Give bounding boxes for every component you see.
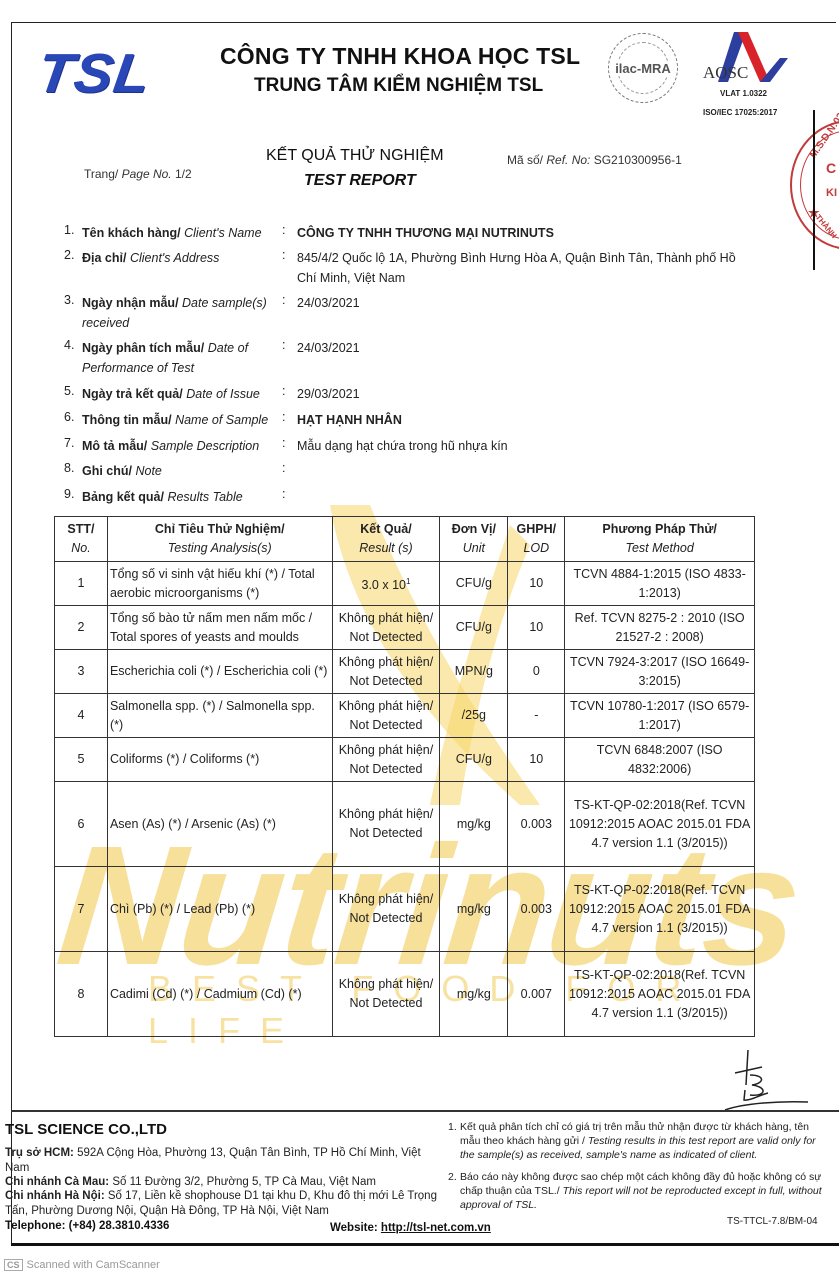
page-bottom-edge [11, 1243, 839, 1246]
lod: 10 [508, 738, 565, 782]
report-title-en: TEST REPORT [304, 172, 416, 190]
lod: 0.003 [508, 782, 565, 867]
info-label: Ngày phân tích mẫu/ Date of Performance … [82, 338, 282, 378]
testing-analysis: Salmonella spp. (*) / Salmonella spp. (*… [107, 694, 332, 738]
ilac-label: ilac-MRA [615, 61, 671, 76]
table-row: 2Tổng số bào tử nấm men nấm mốc / Total … [55, 606, 755, 650]
vlat-label: VLAT 1.0322 [720, 89, 767, 98]
column-header: STT/No. [55, 517, 108, 562]
signature-icon [720, 1045, 810, 1115]
column-header: GHPH/LOD [508, 517, 565, 562]
info-number: 3. [64, 293, 80, 307]
unit: CFU/g [440, 606, 508, 650]
testing-analysis: Escherichia coli (*) / Escherichia coli … [107, 650, 332, 694]
table-row: 7Chì (Pb) (*) / Lead (Pb) (*)Không phát … [55, 867, 755, 952]
test-method: TS-KT-QP-02:2018(Ref. TCVN 10912:2015 AO… [565, 782, 755, 867]
lod: - [508, 694, 565, 738]
result: Không phát hiện/Not Detected [332, 738, 440, 782]
hcm-label: Trụ sở HCM: [5, 1147, 74, 1159]
row-number: 1 [55, 562, 108, 606]
info-colon: : [282, 293, 285, 307]
unit: CFU/g [440, 738, 508, 782]
footer-divider [11, 1110, 839, 1112]
info-number: 2. [64, 248, 80, 262]
aosc-label: AOSC [703, 63, 748, 83]
info-colon: : [282, 223, 285, 237]
page-value: 1/2 [175, 167, 192, 181]
test-method: Ref. TCVN 8275-2 : 2010 (ISO 21527-2 : 2… [565, 606, 755, 650]
stamp-lower-text: KI [826, 187, 837, 199]
info-label: Bảng kết quả/ Results Table [82, 487, 282, 507]
column-header: Phương Pháp Thử/Test Method [565, 517, 755, 562]
tsl-logo: TSL [34, 42, 155, 106]
info-colon: : [282, 487, 285, 501]
testing-analysis: Tổng số bào tử nấm men nấm mốc / Total s… [107, 606, 332, 650]
footer-notes: 1.Kết quả phân tích chỉ có giá trị trên … [448, 1120, 824, 1220]
result: Không phát hiện/Not Detected [332, 694, 440, 738]
camscanner-logo-icon: CS [4, 1259, 23, 1271]
reference-number: Mã số/ Ref. No: SG210300956-1 [507, 153, 682, 167]
test-method: TS-KT-QP-02:2018(Ref. TCVN 10912:2015 AO… [565, 952, 755, 1037]
lod: 0.003 [508, 867, 565, 952]
result: Không phát hiện/Not Detected [332, 952, 440, 1037]
camscanner-watermark: CS Scanned with CamScanner [4, 1259, 160, 1271]
info-colon: : [282, 248, 285, 262]
column-header: Kết Quả/Result (s) [332, 517, 440, 562]
camau-address: Chi nhánh Cà Mau: Số 11 Đường 3/2, Phườn… [5, 1175, 445, 1190]
row-number: 2 [55, 606, 108, 650]
testing-analysis: Tổng số vi sinh vật hiếu khí (*) / Total… [107, 562, 332, 606]
form-code: TS-TTCL-7.8/BM-04 [727, 1216, 818, 1227]
result: Không phát hiện/Not Detected [332, 650, 440, 694]
info-value: CÔNG TY TNHH THƯƠNG MẠI NUTRINUTS [297, 223, 747, 243]
lod: 0.007 [508, 952, 565, 1037]
result: Không phát hiện/Not Detected [332, 606, 440, 650]
info-value: 24/03/2021 [297, 338, 747, 358]
stamp-mid-text: C [826, 160, 836, 176]
info-value: 24/03/2021 [297, 293, 747, 313]
footer-company-name: TSL SCIENCE CO.,LTD [5, 1121, 167, 1138]
row-number: 5 [55, 738, 108, 782]
row-number: 3 [55, 650, 108, 694]
info-label: Thông tin mẫu/ Name of Sample [82, 410, 282, 430]
lod: 0 [508, 650, 565, 694]
camau-label: Chi nhánh Cà Mau: [5, 1176, 109, 1188]
telephone: Telephone: (+84) 28.3810.4336 [5, 1220, 169, 1232]
unit: CFU/g [440, 562, 508, 606]
website-label: Website: [330, 1222, 378, 1234]
info-number: 1. [64, 223, 80, 237]
ref-label-en: Ref. No: [546, 153, 590, 167]
info-number: 5. [64, 384, 80, 398]
ref-label-vn: Mã số/ [507, 153, 543, 167]
table-row: 4Salmonella spp. (*) / Salmonella spp. (… [55, 694, 755, 738]
row-number: 4 [55, 694, 108, 738]
testing-analysis: Coliforms (*) / Coliforms (*) [107, 738, 332, 782]
test-method: TCVN 7924-3:2017 (ISO 16649-3:2015) [565, 650, 755, 694]
info-number: 4. [64, 338, 80, 352]
info-colon: : [282, 410, 285, 424]
info-colon: : [282, 436, 285, 450]
column-header: Chỉ Tiêu Thử Nghiệm/Testing Analysis(s) [107, 517, 332, 562]
info-label: Địa chỉ/ Client's Address [82, 248, 282, 268]
test-method: TCVN 10780-1:2017 (ISO 6579-1:2017) [565, 694, 755, 738]
info-label: Mô tả mẫu/ Sample Description [82, 436, 282, 456]
unit: mg/kg [440, 867, 508, 952]
testing-analysis: Cadimi (Cd) (*) / Cadmium (Cd) (*) [107, 952, 332, 1037]
results-table: STT/No.Chỉ Tiêu Thử Nghiệm/Testing Analy… [54, 516, 755, 1037]
unit: MPN/g [440, 650, 508, 694]
lod: 10 [508, 606, 565, 650]
result: 3.0 x 101 [332, 562, 440, 606]
camau-value: Số 11 Đường 3/2, Phường 5, TP Cà Mau, Vi… [112, 1176, 376, 1188]
test-method: TCVN 6848:2007 (ISO 4832:2006) [565, 738, 755, 782]
hcm-address: Trụ sở HCM: 592A Cộng Hòa, Phường 13, Qu… [5, 1146, 445, 1176]
info-value: 29/03/2021 [297, 384, 747, 404]
info-value: HẠT HẠNH NHÂN [297, 410, 747, 430]
info-colon: : [282, 461, 285, 475]
table-header-row: STT/No.Chỉ Tiêu Thử Nghiệm/Testing Analy… [55, 517, 755, 562]
info-value: 845/4/2 Quốc lộ 1A, Phường Bình Hưng Hòa… [297, 248, 747, 288]
page-number: Trang/ Page No. 1/2 [84, 167, 192, 181]
website-link[interactable]: http://tsl-net.com.vn [381, 1222, 491, 1234]
info-number: 7. [64, 436, 80, 450]
scan-edge-line [813, 110, 815, 270]
info-label: Ghi chú/ Note [82, 461, 282, 481]
info-number: 9. [64, 487, 80, 501]
info-value: Mẫu dạng hạt chứa trong hũ nhựa kín [297, 436, 747, 456]
lod: 10 [508, 562, 565, 606]
ref-value: SG210300956-1 [594, 153, 682, 167]
page-label-en: Page No. [122, 167, 172, 181]
result: Không phát hiện/Not Detected [332, 867, 440, 952]
center-name: TRUNG TÂM KIỂM NGHIỆM TSL [254, 75, 543, 97]
camscanner-text: Scanned with CamScanner [27, 1259, 160, 1271]
unit: mg/kg [440, 782, 508, 867]
info-label: Ngày trả kết quả/ Date of Issue [82, 384, 282, 404]
report-title-vn: KẾT QUẢ THỬ NGHIỆM [266, 147, 444, 165]
footer-note: 1.Kết quả phân tích chỉ có giá trị trên … [448, 1120, 824, 1162]
info-number: 6. [64, 410, 80, 424]
unit: /25g [440, 694, 508, 738]
result: Không phát hiện/Not Detected [332, 782, 440, 867]
test-method: TCVN 4884-1:2015 (ISO 4833-1:2013) [565, 562, 755, 606]
table-row: 3Escherichia coli (*) / Escherichia coli… [55, 650, 755, 694]
row-number: 6 [55, 782, 108, 867]
company-name: CÔNG TY TNHH KHOA HỌC TSL [220, 43, 580, 70]
testing-analysis: Chì (Pb) (*) / Lead (Pb) (*) [107, 867, 332, 952]
unit: mg/kg [440, 952, 508, 1037]
website: Website: http://tsl-net.com.vn [330, 1222, 491, 1234]
page-label-vn: Trang/ [84, 167, 118, 181]
info-colon: : [282, 384, 285, 398]
row-number: 8 [55, 952, 108, 1037]
info-colon: : [282, 338, 285, 352]
table-row: 6Asen (As) (*) / Arsenic (As) (*)Không p… [55, 782, 755, 867]
hanoi-label: Chi nhánh Hà Nội: [5, 1190, 105, 1202]
info-label: Ngày nhận mẫu/ Date sample(s) received [82, 293, 282, 333]
table-row: 5Coliforms (*) / Coliforms (*)Không phát… [55, 738, 755, 782]
hanoi-address: Chi nhánh Hà Nội: Số 17, Liền kề shophou… [5, 1189, 445, 1219]
ilac-mra-logo: ilac-MRA [608, 33, 678, 103]
column-header: Đơn Vị/Unit [440, 517, 508, 562]
table-row: 8Cadimi (Cd) (*) / Cadmium (Cd) (*)Không… [55, 952, 755, 1037]
table-row: 1Tổng số vi sinh vật hiếu khí (*) / Tota… [55, 562, 755, 606]
testing-analysis: Asen (As) (*) / Arsenic (As) (*) [107, 782, 332, 867]
info-number: 8. [64, 461, 80, 475]
row-number: 7 [55, 867, 108, 952]
info-label: Tên khách hàng/ Client's Name [82, 223, 282, 243]
iso-label: ISO/IEC 17025:2017 [703, 108, 777, 117]
footer-note: 2.Báo cáo này không được sao chép một cá… [448, 1170, 824, 1212]
test-method: TS-KT-QP-02:2018(Ref. TCVN 10912:2015 AO… [565, 867, 755, 952]
